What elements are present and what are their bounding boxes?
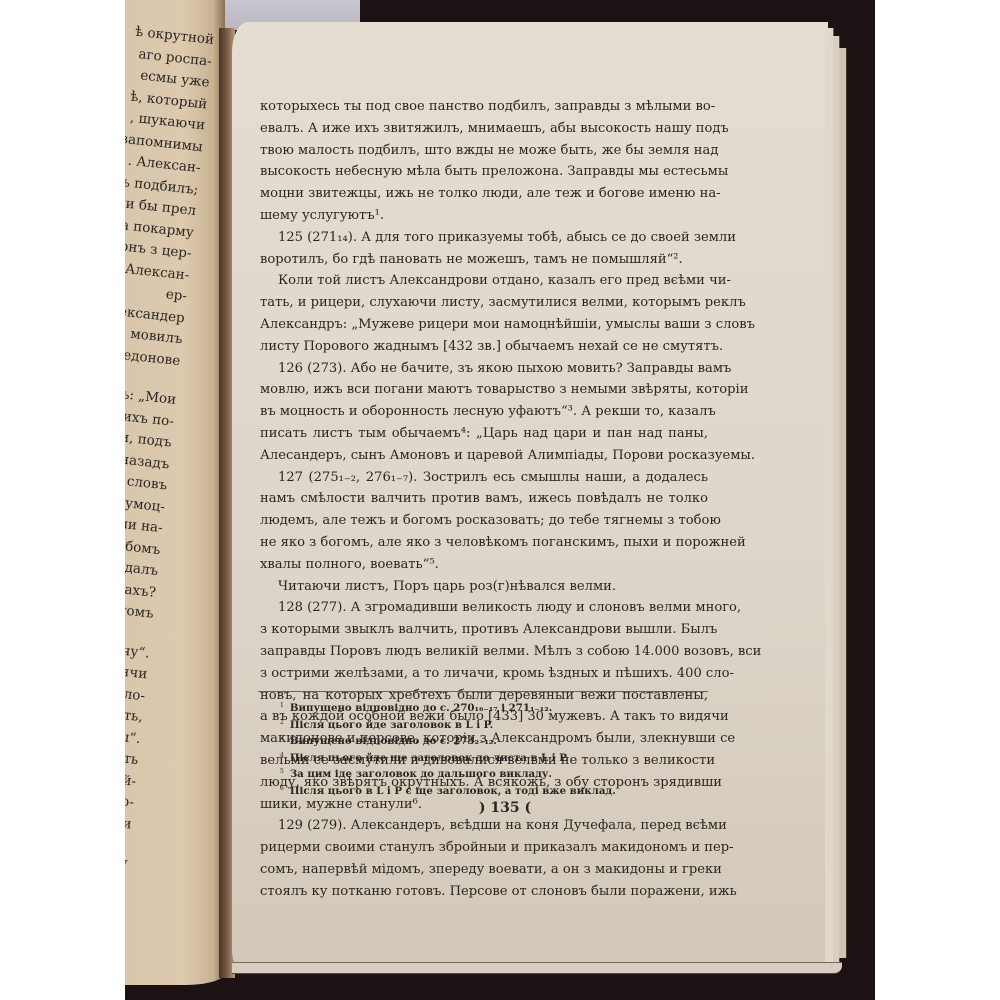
paragraph: 125 (271₁₄). А для того приказуемы тобѣ,… — [260, 227, 708, 271]
text-line: которыхесь ты под свое панство подбилъ, … — [260, 96, 708, 118]
text-line: стоялъ ку потканю готовъ. Персове от сло… — [260, 881, 708, 903]
paragraph: Читаючи листъ, Поръ царь роз(г)нѣвался в… — [260, 576, 708, 598]
text-line: намъ смѣлости валчить против вамъ, ижесь… — [260, 488, 708, 510]
text-line: воротилъ, бо гдѣ пановать не можешъ, там… — [260, 249, 708, 271]
footnotes: 1Випущено відповідно до с. 270₁₆₋₁₇ і 27… — [280, 699, 700, 799]
text-line: моцни звитежцы, ижь не толко люди, але т… — [260, 183, 708, 205]
footnote-text: Після цього йде заголовок в L i P. — [290, 719, 493, 731]
text-line: заправды Поровъ людъ великій велми. Мѣлъ… — [260, 641, 708, 663]
footnote-text: Випущено відповідно до с. 273₂₋₁₂. — [290, 735, 497, 747]
footnote-mark: 1 — [280, 702, 284, 709]
footnote: 3Випущено відповідно до с. 273₂₋₁₂. — [280, 732, 700, 749]
left-page: ѣ окрутнойаго роспа-есмы ужеѣ, который, … — [125, 0, 225, 985]
footnote-mark: 4 — [280, 752, 284, 759]
footnote-mark: 2 — [280, 719, 284, 726]
page-bottom-edges — [232, 962, 842, 974]
text-line: евалъ. А иже ихъ звитяжилъ, мнимаешъ, аб… — [260, 118, 708, 140]
footnote: 4Після цього йде ще заголовок до листа в… — [280, 749, 700, 766]
footnote-mark: 5 — [280, 768, 284, 775]
paragraph: 126 (273). Або не бачите, зъ якою пыхою … — [260, 358, 708, 467]
footnote: 1Випущено відповідно до с. 270₁₆₋₁₇ і 27… — [280, 699, 700, 716]
text-line: з острими желѣзами, а то личачи, кромь ѣ… — [260, 663, 708, 685]
text-line: Алесандеръ, сынъ Амоновъ и царевой Алимп… — [260, 445, 708, 467]
paragraph: которыхесь ты под свое панство подбилъ, … — [260, 96, 708, 227]
text-line: 125 (271₁₄). А для того приказуемы тобѣ,… — [260, 227, 708, 249]
footnote: 6Після цього в L i P є ще заголовок, а т… — [280, 782, 700, 799]
paragraph: 129 (279). Александеръ, вєѣдши на коня Д… — [260, 815, 708, 902]
text-line: листу Порового жаднымъ [432 зв.] обычаем… — [260, 336, 708, 358]
text-line: твою малость подбилъ, што вжды не може б… — [260, 140, 708, 162]
text-line: 128 (277). А згромадивши великость люду … — [260, 597, 708, 619]
text-line: Александръ: „Мужеве рицери мои намоцнѣйш… — [260, 314, 708, 336]
footnote-text: Після цього йде ще заголовок до листа в … — [290, 752, 569, 764]
text-line: хвалы полного, воевать“⁵. — [260, 554, 708, 576]
text-line: въ моцность и оборонность лесную уфаютъ“… — [260, 401, 708, 423]
page-edge — [839, 48, 847, 958]
text-line: Читаючи листъ, Поръ царь роз(г)нѣвался в… — [260, 576, 708, 598]
text-line: рицерми своими станулъ збройныи и приказ… — [260, 837, 708, 859]
footnote-mark: 6 — [280, 785, 284, 792]
paragraph: 127 (275₁₋₂, 276₁₋₇). Зострилъ есь смышл… — [260, 467, 708, 576]
text-line: з которыми звыклъ валчить, противъ Алекс… — [260, 619, 708, 641]
text-line: 129 (279). Александеръ, вєѣдши на коня Д… — [260, 815, 708, 837]
text-line: сомъ, напервѣй мідомъ, зпереду воевати, … — [260, 859, 708, 881]
footnote-text: За цим іде заголовок до дальшого викладу… — [290, 768, 552, 780]
text-line: 126 (273). Або не бачите, зъ якою пыхою … — [260, 358, 708, 380]
text-line: мовлю, ижъ вси погани маютъ товарыство з… — [260, 379, 708, 401]
footnote: 2Після цього йде заголовок в L i P. — [280, 716, 700, 733]
text-line: Коли той листъ Александрови отдано, каза… — [260, 270, 708, 292]
text-line: 127 (275₁₋₂, 276₁₋₇). Зострилъ есь смышл… — [260, 467, 708, 489]
text-line: людемъ, але тежъ и богомъ росказовать; д… — [260, 510, 708, 532]
text-line: шему услугуютъ¹. — [260, 205, 708, 227]
footnote: 5За цим іде заголовок до дальшого виклад… — [280, 765, 700, 782]
text-line: не яко з богомъ, але яко з человѣкомъ по… — [260, 532, 708, 554]
footnote-divider — [258, 691, 708, 692]
text-line: писать листъ тым обычаемъ⁴: „Царь над ца… — [260, 423, 708, 445]
footnote-mark: 3 — [280, 735, 284, 742]
footnote-text: Після цього в L i P є ще заголовок, а то… — [290, 785, 616, 797]
left-page-text: ѣ окрутнойаго роспа-есмы ужеѣ, который, … — [125, 17, 215, 964]
footnote-text: Випущено відповідно до с. 270₁₆₋₁₇ і 271… — [290, 702, 552, 714]
paragraph: Коли той листъ Александрови отдано, каза… — [260, 270, 708, 357]
text-line: тать, и рицери, слухаючи листу, засмутил… — [260, 292, 708, 314]
text-line: высокость небесную мѣла быть преложона. … — [260, 161, 708, 183]
page-number: ) 135 ( — [465, 800, 545, 816]
